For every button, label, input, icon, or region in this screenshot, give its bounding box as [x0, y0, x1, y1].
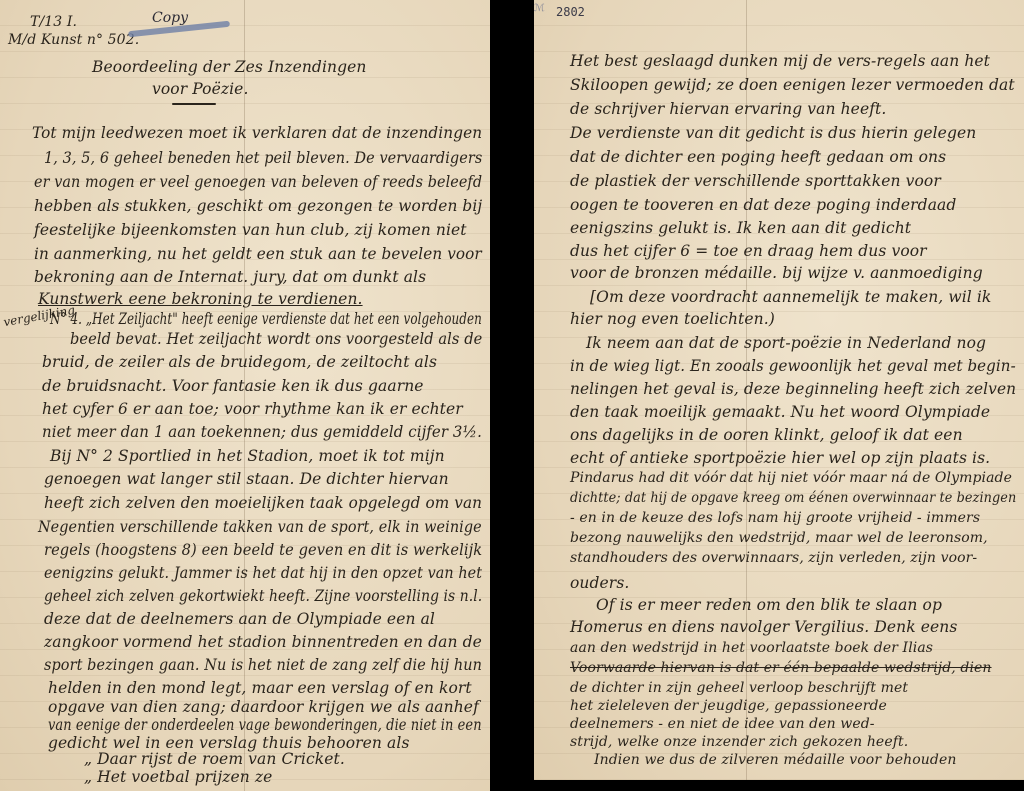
text-line: eenigzins gelukt. Jammer is het dat hij … [44, 564, 482, 582]
text-line: hebben als stukken, geschikt om gezongen… [34, 197, 482, 215]
text-line: hier nog even toelichten.) [570, 310, 775, 328]
text-line: dichtte; dat hij de opgave kreeg om ééne… [570, 490, 1016, 506]
text-line: van eenige der onderdeelen vage bewonder… [48, 716, 482, 734]
text-line: de schrijver hiervan ervaring van heeft. [570, 100, 886, 118]
text-line: geheel zich zelven gekortwiekt heeft. Zi… [44, 587, 482, 605]
text-line: echt of antieke sportpoëzie hier wel op … [570, 449, 990, 467]
text-line: 1, 3, 5, 6 geheel beneden het peil bleve… [44, 149, 482, 167]
text-line: oogen te tooveren en dat deze poging ind… [570, 196, 956, 214]
text-line: beeld bevat. Het zeiljacht wordt ons voo… [70, 330, 482, 348]
document-title: Beoordeeling der Zes Inzendingen [92, 58, 366, 76]
text-line: Pindarus had dit vóór dat hij niet vóór … [570, 470, 1012, 486]
text-line-n2: Bij N° 2 Sportlied in het Stadion, moet … [50, 447, 445, 465]
text-line: Of is er meer reden om den blik te slaan… [596, 596, 942, 614]
archive-stamp-icon: ℳ [534, 3, 552, 19]
title-underline [172, 103, 216, 105]
quote-line: „ Daar rijst de roem van Cricket. [84, 750, 345, 768]
text-line: de bruidsnacht. Voor fantasie ken ik dus… [42, 377, 424, 395]
text-line: opgave van dien zang; daardoor krijgen w… [48, 698, 479, 716]
text-line: Negentien verschillende takken van de sp… [38, 518, 482, 536]
text-line: dat de dichter een poging heeft gedaan o… [570, 148, 946, 166]
left-manuscript-page: T/13 I. M/d Kunst n° 502. Copy Beoordeel… [0, 0, 490, 791]
copy-annotation: Copy [152, 10, 188, 26]
text-line: regels (hoogstens 8) een beeld te geven … [44, 541, 482, 559]
text-line: zangkoor vormend het stadion binnentrede… [44, 633, 482, 651]
struck-text-line: Voorwaarde hiervan is dat er één bepaald… [570, 660, 992, 676]
reference-line-1: T/13 I. [30, 14, 77, 30]
text-line: - en in de keuze des lofs nam hij groote… [570, 510, 980, 526]
text-line-n4: N° 4. „Het Zeiljacht" heeft eenige verdi… [50, 310, 482, 328]
text-line: Homerus en diens navolger Vergilius. Den… [570, 618, 957, 636]
text-line: de dichter in zijn geheel verloop beschr… [570, 680, 908, 696]
text-line: bruid, de zeiler als de bruidegom, de ze… [42, 353, 437, 371]
text-line: de plastiek der verschillende sporttakke… [570, 172, 941, 190]
quote-line: „ Het voetbal prijzen ze [84, 768, 272, 786]
text-line: bekroning aan de Internat. jury, dat om … [34, 268, 426, 286]
text-line: eenigszins gelukt is. Ik ken aan dit ged… [570, 219, 911, 237]
text-line: ouders. [570, 574, 629, 592]
text-line: den taak moeilijk gemaakt. Nu het woord … [570, 403, 990, 421]
text-line: aan den wedstrijd in het voorlaatste boe… [570, 640, 933, 656]
text-line: Indien we dus de zilveren médaille voor … [594, 752, 956, 768]
text-line: voor de bronzen médaille. bij wijze v. a… [570, 264, 983, 282]
text-line: Het best geslaagd dunken mij de vers-reg… [570, 52, 990, 70]
text-line: er van mogen er veel genoegen van beleve… [34, 173, 482, 191]
text-line: helden in den mond legt, maar een versla… [48, 679, 472, 697]
text-line: standhouders des overwinnaars, zijn verl… [570, 550, 977, 566]
text-line: in aanmerking, nu het geldt een stuk aan… [34, 245, 482, 263]
text-line: deelnemers - en niet de idee van den wed… [570, 716, 875, 732]
text-line: heeft zich zelven den moeielijken taak o… [44, 494, 482, 512]
text-line: Ik neem aan dat de sport-poëzie in Neder… [586, 334, 986, 352]
text-line: ons dagelijks in de ooren klinkt, geloof… [570, 426, 963, 444]
text-line: bezong nauwelijks den wedstrijd, maar we… [570, 530, 988, 546]
text-line: strijd, welke onze inzender zich gekozen… [570, 734, 908, 750]
text-line: Tot mijn leedwezen moet ik verklaren dat… [32, 124, 482, 142]
archive-number: 2802 [556, 5, 585, 19]
text-line: sport bezingen gaan. Nu is het niet de z… [44, 656, 482, 674]
reference-line-2: M/d Kunst n° 502. [8, 32, 139, 48]
text-line: deze dat de deelnemers aan de Olympiade … [44, 610, 435, 628]
text-line: niet meer dan 1 aan toekennen; dus gemid… [42, 423, 482, 441]
text-line: Kunstwerk eene bekroning te verdienen. [38, 290, 363, 308]
text-line: De verdienste van dit gedicht is dus hie… [570, 124, 976, 142]
text-line: feestelijke bijeenkomsten van hun club, … [34, 221, 467, 239]
text-line: Skiloopen gewijd; ze doen eenigen lezer … [570, 76, 1015, 94]
text-line: het cyfer 6 er aan toe; voor rhythme kan… [42, 400, 463, 418]
text-line: in de wieg ligt. En zooals gewoonlijk he… [570, 357, 1016, 375]
right-manuscript-page: ℳ 2802 Het best geslaagd dunken mij de v… [534, 0, 1024, 780]
text-line: dus het cijfer 6 = toe en draag hem dus … [570, 242, 927, 260]
text-line: het zieleleven der jeugdige, gepassionee… [570, 698, 887, 714]
text-line: genoegen wat langer stil staan. De dicht… [44, 470, 449, 488]
text-line: [Om deze voordracht aannemelijk te maken… [590, 288, 991, 306]
text-line: nelingen het geval is, deze beginneling … [570, 380, 1016, 398]
document-subtitle: voor Poëzie. [152, 80, 249, 98]
